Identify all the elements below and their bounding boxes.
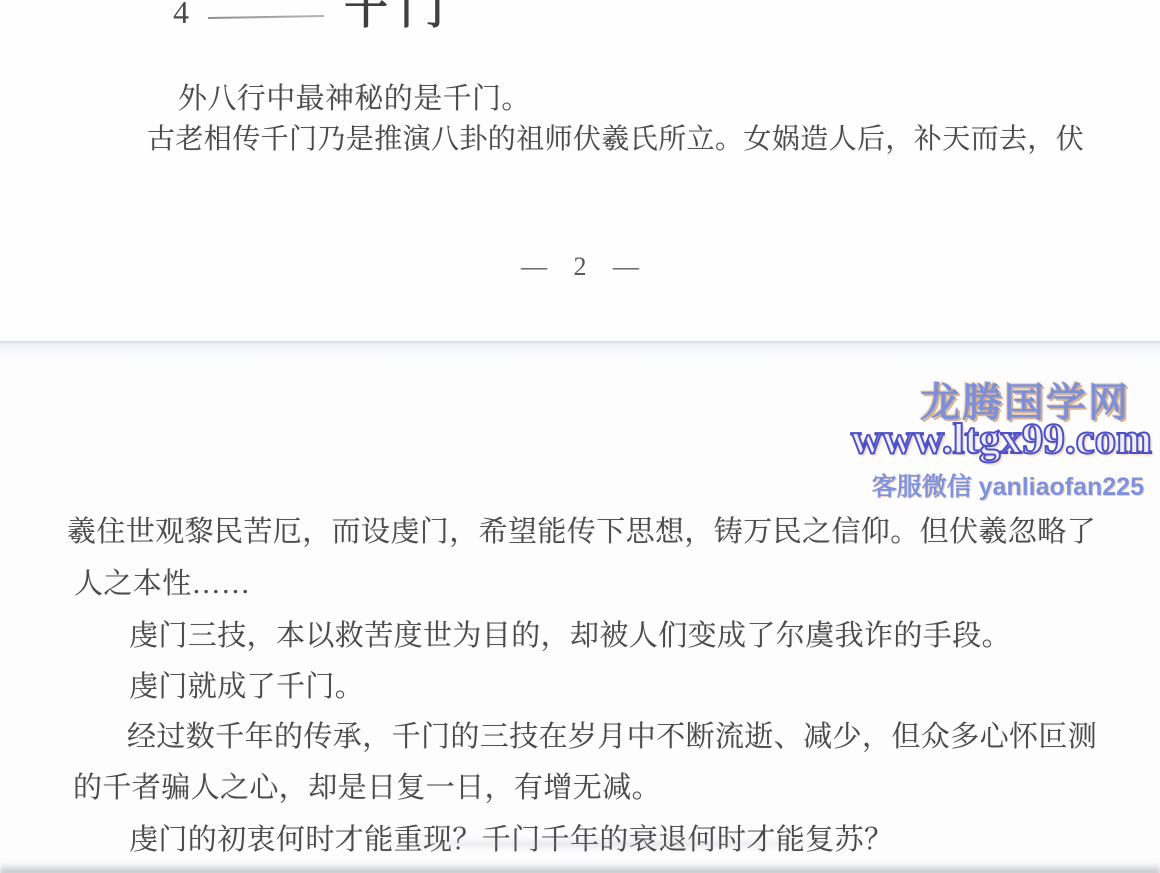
scanned-book-spread: 4 千门 外八行中最神秘的是千门。 古老相传千门乃是推演八卦的祖师伏羲氏所立。女…: [0, 0, 1160, 873]
body-line: 的千者骗人之心，却是日复一日，有增无减。: [73, 765, 661, 806]
body-line: 古老相传千门乃是推演八卦的祖师伏羲氏所立。女娲造人后，补天而去，伏: [147, 117, 1084, 157]
scan-artifact: [390, 841, 810, 847]
page-number: — 2 —: [0, 252, 1160, 282]
body-line: 羲住世观黎民苦厄，而设虔门，希望能传下思想，铸万民之信仰。但伏羲忽略了: [67, 509, 1096, 550]
body-line: 人之本性……: [74, 561, 250, 602]
scan-artifact-next-line: [0, 863, 1160, 873]
body-line: 经过数千年的传承，千门的三技在岁月中不断流逝、减少，但众多心怀叵测: [127, 714, 1097, 755]
chapter-title-clipped: 千门: [344, 0, 456, 36]
chapter-number: 4: [173, 0, 189, 31]
body-line: 外八行中最神秘的是千门。: [178, 76, 531, 117]
body-line: 虔门就成了千门。: [129, 664, 364, 705]
watermark-url: www.ltgx99.com: [851, 415, 1152, 464]
page-3-top: 龙腾国学网 www.ltgx99.com 客服微信 yanliaofan225 …: [0, 363, 1160, 873]
page-edge-shadow: [0, 341, 1160, 363]
body-line: 虔门的初衷何时才能重现？千门千年的衰退何时才能复苏？: [129, 817, 893, 858]
header-underline: [208, 15, 324, 19]
body-line: 虔门三技，本以救苦度世为目的，却被人们变成了尔虞我诈的手段。: [129, 613, 1011, 654]
page-2-bottom: 4 千门 外八行中最神秘的是千门。 古老相传千门乃是推演八卦的祖师伏羲氏所立。女…: [0, 0, 1160, 341]
watermark-contact: 客服微信 yanliaofan225: [872, 467, 1144, 503]
